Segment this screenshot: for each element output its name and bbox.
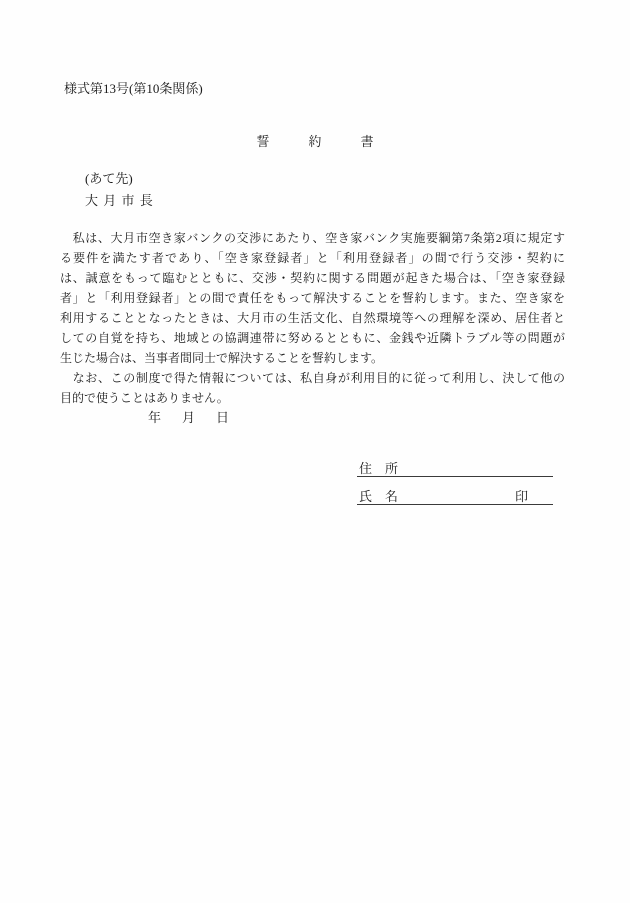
body-line: なお、この制度で得た情報については、私自身が利用目的に従って利用し、決して他の bbox=[60, 368, 565, 388]
addressee-label: (あて先) bbox=[85, 172, 133, 186]
address-label: 住 所 bbox=[359, 461, 398, 476]
body-line: しての自覚を持ち、地域との協調連帯に努めるとともに、金銭や近隣トラブル等の問題が bbox=[60, 328, 565, 348]
pledge-body: 私は、大月市空き家バンクの交渉にあたり、空き家バンク実施要綱第7条第2項に規定す… bbox=[60, 228, 565, 408]
address-field-row: 住 所 bbox=[357, 460, 553, 477]
seal-label: 印 bbox=[515, 489, 528, 504]
body-line: 私は、大月市空き家バンクの交渉にあたり、空き家バンク実施要綱第7条第2項に規定す bbox=[60, 228, 565, 248]
form-number: 様式第13号(第10条関係) bbox=[64, 82, 203, 96]
body-line: 者」と「利用登録者」との間で責任をもって解決することを誓約します。また、空き家を bbox=[60, 288, 565, 308]
document-title: 誓 約 書 bbox=[0, 134, 630, 149]
body-line: 利用することとなったときは、大月市の生活文化、自然環境等への理解を深め、居住者と bbox=[60, 308, 565, 328]
date-line: 年 月 日 bbox=[148, 408, 233, 428]
name-label: 氏 名 bbox=[359, 489, 398, 504]
pledge-document-page: 様式第13号(第10条関係) 誓 約 書 (あて先) 大 月 市 長 私は、大月… bbox=[0, 0, 630, 903]
signature-block: 住 所 氏 名 印 bbox=[357, 460, 553, 505]
body-line: る要件を満たす者であり、「空き家登録者」と「利用登録者」の間で行う交渉・契約に bbox=[60, 248, 565, 268]
body-line: 目的で使うことはありません。 bbox=[60, 388, 565, 408]
body-line: 生じた場合は、当事者間同士で解決することを誓約します。 bbox=[60, 348, 565, 368]
body-line: は、誠意をもって臨むとともに、交渉・契約に関する問題が起きた場合は、「空き家登録 bbox=[60, 268, 565, 288]
addressee-name: 大 月 市 長 bbox=[85, 194, 154, 208]
name-field-row: 氏 名 印 bbox=[357, 488, 553, 505]
